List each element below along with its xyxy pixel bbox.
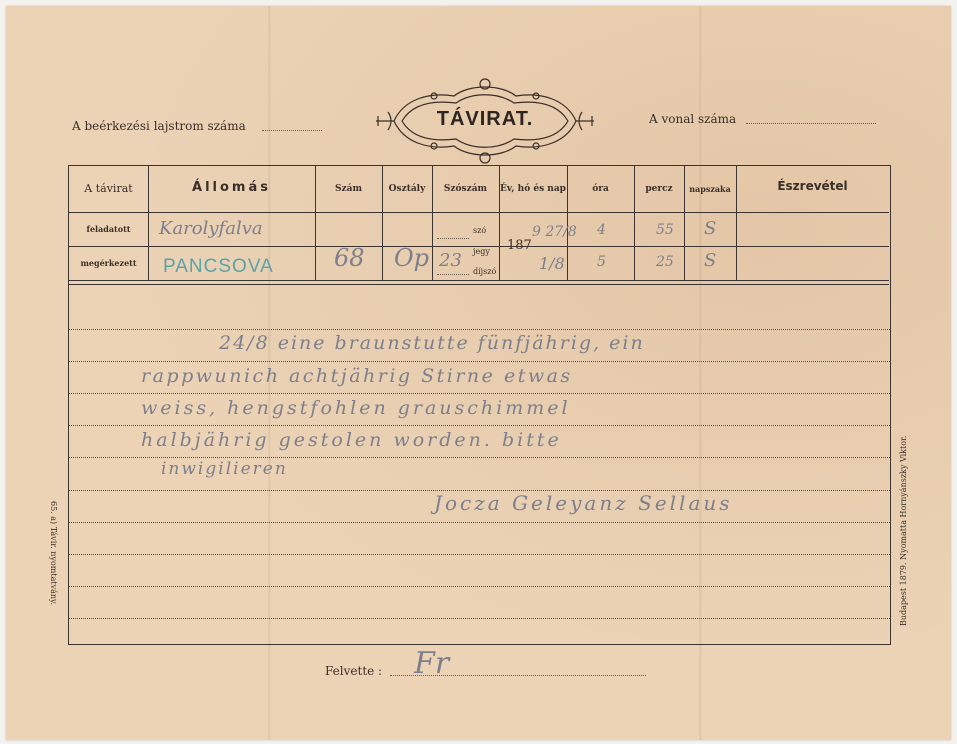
fee-word-label: díjszó xyxy=(473,267,496,276)
received-by-signature: Fr xyxy=(414,646,449,681)
sent-hour[interactable]: 4 xyxy=(597,222,606,238)
message-line-3: weiss, hengstfohlen grauschimmel xyxy=(141,397,571,419)
column-header-date: Év, hó és nap xyxy=(499,184,567,194)
column-header-number: Szám xyxy=(315,184,382,194)
message-signature: Jocza Geleyanz Sellaus xyxy=(434,491,733,515)
message-line-5: inwigilieren xyxy=(161,459,288,479)
register-number-label: A beérkezési lajstrom száma xyxy=(72,119,246,133)
received-daypart[interactable]: S xyxy=(704,250,716,271)
sent-minute[interactable]: 55 xyxy=(656,222,674,238)
received-minute[interactable]: 25 xyxy=(656,254,674,270)
row-label-sent: feladatott xyxy=(69,224,148,234)
received-station-stamp: PANCSOVA xyxy=(163,256,274,278)
char-label: jegy xyxy=(473,247,490,256)
received-number[interactable]: 68 xyxy=(334,244,365,272)
row-label-received: megérkezett xyxy=(69,258,148,268)
telegram-form: A beérkezési lajstrom száma TÁVIRAT. A v… xyxy=(6,6,951,740)
sent-date[interactable]: 9 27/8 xyxy=(532,224,577,240)
received-by-label: Felvette : xyxy=(325,664,382,678)
column-header-daypart: napszaka xyxy=(684,184,736,194)
register-number-field[interactable] xyxy=(262,130,322,131)
line-number-label: A vonal száma xyxy=(649,112,736,126)
column-header-remark: Észrevétel xyxy=(736,179,889,193)
message-line-4: halbjährig gestolen worden. bitte xyxy=(141,429,562,451)
title-ornament: TÁVIRAT. xyxy=(374,74,596,168)
received-class[interactable]: Op xyxy=(394,244,429,272)
column-header-telegram: A távirat xyxy=(69,182,148,195)
form-number-print: 65. a) Távir. nyomtatvány. xyxy=(49,501,58,605)
message-line-1: 24/8 eine braunstutte fünfjährig, ein xyxy=(219,332,645,354)
column-header-minute: percz xyxy=(634,184,684,194)
column-header-station: Állomás xyxy=(148,180,315,195)
sent-daypart[interactable]: S xyxy=(704,218,716,239)
page-title: TÁVIRAT. xyxy=(374,108,596,131)
message-line-2: rappwunich achtjährig Stirne etwas xyxy=(141,365,573,387)
word-label: szó xyxy=(473,226,486,235)
printer-imprint: Budapest 1879. Nyomatta Hornyánszky Vikt… xyxy=(899,435,908,626)
date-prefix: 187 xyxy=(507,238,532,253)
column-header-hour: óra xyxy=(567,184,634,194)
column-header-word-count: Szószám xyxy=(432,184,499,194)
column-header-class: Osztály xyxy=(382,184,432,194)
received-word-count[interactable]: 23 xyxy=(439,250,462,271)
received-hour[interactable]: 5 xyxy=(597,254,606,270)
sent-station[interactable]: Karolyfalva xyxy=(159,218,263,239)
line-number-field[interactable] xyxy=(746,123,876,124)
received-date[interactable]: 1/8 xyxy=(539,254,565,273)
telegram-grid: A távirat Állomás Szám Osztály Szószám É… xyxy=(68,165,891,645)
